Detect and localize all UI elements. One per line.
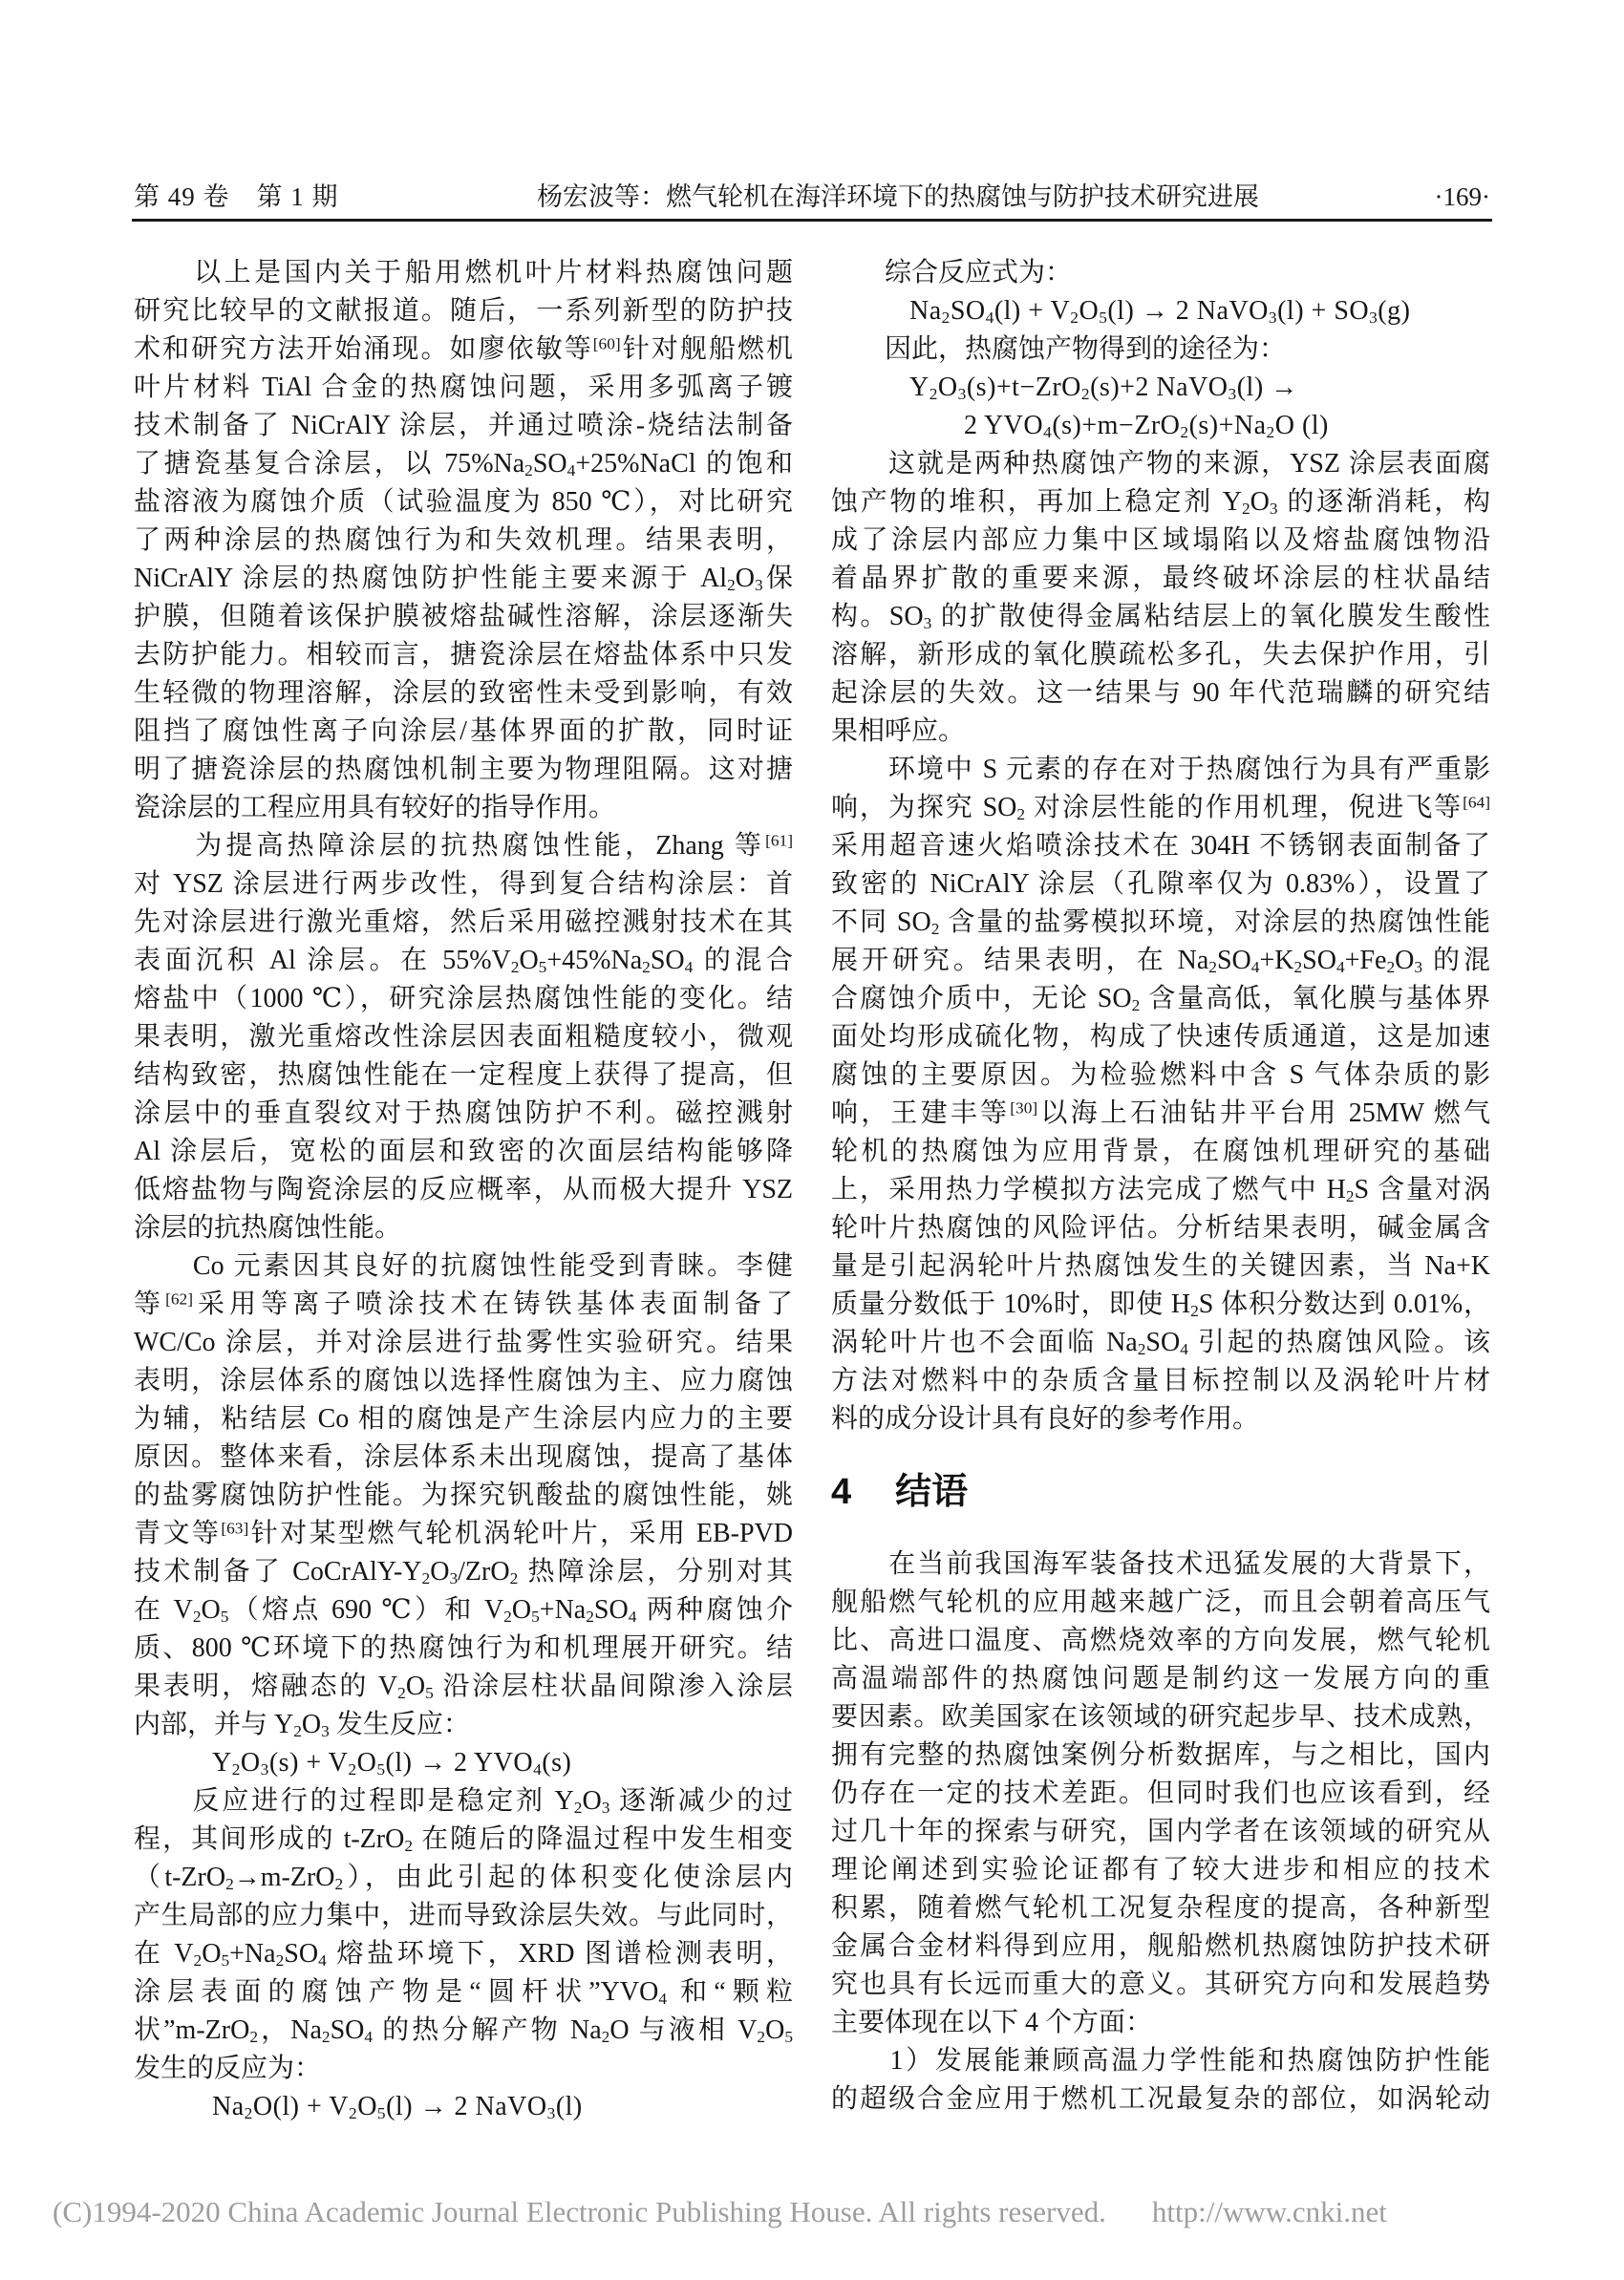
left-column: 以上是国内关于船用燃机叶片材料热腐蚀问题研究比较早的文献报道。随后，一系列新型的…: [134, 254, 793, 2126]
text-line: NiCrAlY 涂层的热腐蚀防护性能主要来源于 Al2O3保: [134, 560, 793, 598]
section-number: 4: [831, 1473, 851, 1511]
text-line: 成了涂层内部应力集中区域塌陷以及熔盐腐蚀物沿: [831, 522, 1490, 560]
text-line: 因此，热腐蚀产物得到的途径为：: [831, 330, 1490, 369]
text-line: 为辅，粘结层 Co 相的腐蚀是产生涂层内应力的主要: [134, 1400, 793, 1438]
text-line: 涂层的抗热腐蚀性能。: [134, 1209, 793, 1247]
text-line: 舰船燃气轮机的应用越来越广泛，而且会朝着高压气: [831, 1584, 1490, 1622]
copyright-text: (C)1994-2020 China Academic Journal Elec…: [53, 2195, 1106, 2229]
text-line: 构。SO3 的扩散使得金属粘结层上的氧化膜发生酸性: [831, 598, 1490, 636]
equation-line: Y2O3(s)+t−ZrO2(s)+2 NaVO3(l) →: [831, 369, 1490, 407]
text-line: 涡轮叶片也不会面临 Na2SO4 引起的热腐蚀风险。该: [831, 1324, 1490, 1362]
text-line: 研究比较早的文献报道。随后，一系列新型的防护技: [134, 292, 793, 330]
text-line: 合腐蚀介质中，无论 SO2 含量高低，氧化膜与基体界: [831, 980, 1490, 1018]
text-line: 比、高进口温度、高燃烧效率的方向发展，燃气轮机: [831, 1622, 1490, 1660]
text-line: 为提高热障涂层的抗热腐蚀性能，Zhang 等[61]: [134, 827, 793, 865]
text-line: 不同 SO2 含量的盐雾模拟环境，对涂层的热腐蚀性能: [831, 904, 1490, 942]
text-line: 在 V2O5+Na2SO4 熔盐环境下，XRD 图谱检测表明，: [134, 1935, 793, 1973]
text-line: 响，王建丰等[30]以海上石油钻井平台用 25MW 燃气: [831, 1095, 1490, 1133]
text-line: 涂层中的垂直裂纹对于热腐蚀防护不利。磁控溅射: [134, 1095, 793, 1133]
text-line: 高温端部件的热腐蚀问题是制约这一发展方向的重: [831, 1660, 1490, 1698]
text-line: 对 YSZ 涂层进行两步改性，得到复合结构涂层：首: [134, 865, 793, 904]
equation: Y2O3(s)+t−ZrO2(s)+2 NaVO3(l) → 2 YVO4(s)…: [831, 369, 1490, 445]
text-line: 量是引起涡轮叶片热腐蚀发生的关键因素，当 Na+K: [831, 1247, 1490, 1286]
text-line: 质、800 ℃环境下的热腐蚀行为和机理展开研究。结: [134, 1630, 793, 1668]
equation-line: Na2SO4(l) + V2O5(l) → 2 NaVO3(l) + SO3(g…: [831, 292, 1490, 330]
text-line: 技术制备了 NiCrAlY 涂层，并通过喷涂-烧结法制备: [134, 407, 793, 445]
section-title: 结语: [895, 1473, 968, 1511]
text-line: 方法对燃料中的杂质含量目标控制以及涡轮叶片材: [831, 1362, 1490, 1400]
equation: Na2O(l) + V2O5(l) → 2 NaVO3(l): [134, 2088, 793, 2126]
paragraph: 综合反应式为：: [831, 254, 1490, 292]
text-line: 涂层表面的腐蚀产物是“圆杆状”YVO4 和“颗粒: [134, 1973, 793, 2012]
running-title: 杨宏波等：燃气轮机在海洋环境下的热腐蚀与防护技术研究进展: [430, 176, 1366, 213]
text-line: 着晶界扩散的重要来源，最终破坏涂层的柱状晶结: [831, 560, 1490, 598]
text-line: 要因素。欧美国家在该领域的研究起步早、技术成熟，: [831, 1698, 1490, 1737]
footer-url: http://www.cnki.net: [1152, 2195, 1387, 2229]
text-line: 采用超音速火焰喷涂技术在 304H 不锈钢表面制备了: [831, 827, 1490, 865]
text-line: 环境中 S 元素的存在对于热腐蚀行为具有严重影: [831, 751, 1490, 789]
text-line: 这就是两种热腐蚀产物的来源，YSZ 涂层表面腐: [831, 445, 1490, 483]
text-line: 在 V2O5（熔点 690 ℃）和 V2O5+Na2SO4 两种腐蚀介: [134, 1591, 793, 1630]
text-line: 瓷涂层的工程应用具有较好的指导作用。: [134, 789, 793, 827]
text-line: Al 涂层后，宽松的面层和致密的次面层结构能够降: [134, 1133, 793, 1171]
text-line: （t-ZrO2→m-ZrO2），由此引起的体积变化使涂层内: [134, 1859, 793, 1897]
text-line: 表面沉积 Al 涂层。在 55%V2O5+45%Na2SO4 的混合: [134, 942, 793, 980]
text-line: 料的成分设计具有良好的参考作用。: [831, 1400, 1490, 1438]
paragraph: 因此，热腐蚀产物得到的途径为：: [831, 330, 1490, 369]
text-line: 果表明，激光重熔改性涂层因表面粗糙度较小，微观: [134, 1018, 793, 1056]
text-line: 究也具有长远而重大的意义。其研究方向和发展趋势: [831, 1966, 1490, 2004]
text-line: 状”m-ZrO2，Na2SO4 的热分解产物 Na2O 与液相 V2O5: [134, 2012, 793, 2050]
volume-issue: 第 49 卷 第 1 期: [134, 176, 430, 213]
equation-line: Y2O3(s) + V2O5(l) → 2 YVO4(s): [134, 1744, 793, 1782]
text-line: 过几十年的探索与研究，国内学者在该领域的研究从: [831, 1813, 1490, 1851]
text-line: 结构致密，热腐蚀性能在一定程度上获得了提高，但: [134, 1056, 793, 1095]
text-line: 轮叶片热腐蚀的风险评估。分析结果表明，碱金属含: [831, 1209, 1490, 1247]
right-column: 综合反应式为：Na2SO4(l) + V2O5(l) → 2 NaVO3(l) …: [831, 254, 1490, 2119]
text-line: 去防护能力。相较而言，搪瓷涂层在熔盐体系中只发: [134, 636, 793, 674]
paragraph: 这就是两种热腐蚀产物的来源，YSZ 涂层表面腐蚀产物的堆积，再加上稳定剂 Y2O…: [831, 445, 1490, 751]
text-line: 盐溶液为腐蚀介质（试验温度为 850 ℃），对比研究: [134, 483, 793, 522]
text-line: WC/Co 涂层，并对涂层进行盐雾性实验研究。结果: [134, 1324, 793, 1362]
text-line: 金属合金材料得到应用，舰船燃机热腐蚀防护技术研: [831, 1928, 1490, 1966]
text-line: 青文等[63]针对某型燃气轮机涡轮叶片，采用 EB-PVD: [134, 1515, 793, 1553]
text-line: 内部，并与 Y2O3 发生反应：: [134, 1706, 793, 1744]
text-line: 展开研究。结果表明，在 Na2SO4+K2SO4+Fe2O3 的混: [831, 942, 1490, 980]
text-line: 仍存在一定的技术差距。但同时我们也应该看到，经: [831, 1775, 1490, 1813]
text-line: 蚀产物的堆积，再加上稳定剂 Y2O3 的逐渐消耗，构: [831, 483, 1490, 522]
text-line: 反应进行的过程即是稳定剂 Y2O3 逐渐减少的过: [134, 1782, 793, 1821]
equation: Y2O3(s) + V2O5(l) → 2 YVO4(s): [134, 1744, 793, 1782]
paragraph: 在当前我国海军装备技术迅猛发展的大背景下，舰船燃气轮机的应用越来越广泛，而且会朝…: [831, 1545, 1490, 2042]
text-line: 综合反应式为：: [831, 254, 1490, 292]
page-footer: (C)1994-2020 China Academic Journal Elec…: [53, 2195, 1591, 2229]
text-line: 熔盐中（1000 ℃），研究涂层热腐蚀性能的变化。结: [134, 980, 793, 1018]
section-heading: 4结语: [831, 1463, 1490, 1521]
paragraph: 反应进行的过程即是稳定剂 Y2O3 逐渐减少的过程，其间形成的 t-ZrO2 在…: [134, 1782, 793, 2088]
text-line: 低熔盐物与陶瓷涂层的反应概率，从而极大提升 YSZ: [134, 1171, 793, 1209]
paragraph: Co 元素因其良好的抗腐蚀性能受到青睐。李健等[62]采用等离子喷涂技术在铸铁基…: [134, 1247, 793, 1744]
text-line: 1）发展能兼顾高温力学性能和热腐蚀防护性能: [831, 2042, 1490, 2080]
text-line: 发生的反应为：: [134, 2050, 793, 2088]
text-line: 了搪瓷基复合涂层，以 75%Na2SO4+25%NaCl 的饱和: [134, 445, 793, 483]
paragraph: 1）发展能兼顾高温力学性能和热腐蚀防护性能的超级合金应用于燃机工况最复杂的部位，…: [831, 2042, 1490, 2119]
paper-page: 第 49 卷 第 1 期 杨宏波等：燃气轮机在海洋环境下的热腐蚀与防护技术研究进…: [0, 0, 1624, 2280]
text-line: 产生局部的应力集中，进而导致涂层失效。与此同时，: [134, 1897, 793, 1935]
text-line: 原因。整体来看，涂层体系未出现腐蚀，提高了基体: [134, 1438, 793, 1477]
equation-line: 2 YVO4(s)+m−ZrO2(s)+Na2O (l): [831, 407, 1490, 445]
text-line: 了两种涂层的热腐蚀行为和失效机理。结果表明，: [134, 522, 793, 560]
paragraph: 环境中 S 元素的存在对于热腐蚀行为具有严重影响，为探究 SO2 对涂层性能的作…: [831, 751, 1490, 1438]
text-line: 技术制备了 CoCrAlY-Y2O3/ZrO2 热障涂层，分别对其: [134, 1553, 793, 1591]
text-line: 阻挡了腐蚀性离子向涂层/基体界面的扩散，同时证: [134, 713, 793, 751]
text-line: 果表明，熔融态的 V2O5 沿涂层柱状晶间隙渗入涂层: [134, 1668, 793, 1706]
text-line: 护膜，但随着该保护膜被熔盐碱性溶解，涂层逐渐失: [134, 598, 793, 636]
text-line: 生轻微的物理溶解，涂层的致密性未受到影响，有效: [134, 674, 793, 713]
text-line: 上，采用热力学模拟方法完成了燃气中 H2S 含量对涡: [831, 1171, 1490, 1209]
text-line: 的超级合金应用于燃机工况最复杂的部位，如涡轮动: [831, 2080, 1490, 2119]
text-line: 果相呼应。: [831, 713, 1490, 751]
text-line: 术和研究方法开始涌现。如廖依敏等[60]针对舰船燃机: [134, 330, 793, 369]
text-line: 理论阐述到实验论证都有了较大进步和相应的技术: [831, 1851, 1490, 1889]
page-header: 第 49 卷 第 1 期 杨宏波等：燃气轮机在海洋环境下的热腐蚀与防护技术研究进…: [134, 176, 1490, 212]
text-line: 的盐雾腐蚀防护性能。为探究钒酸盐的腐蚀性能，姚: [134, 1477, 793, 1515]
text-line: 表明，涂层体系的腐蚀以选择性腐蚀为主、应力腐蚀: [134, 1362, 793, 1400]
text-line: 程，其间形成的 t-ZrO2 在随后的降温过程中发生相变: [134, 1821, 793, 1859]
header-rule: [132, 219, 1492, 222]
text-line: Co 元素因其良好的抗腐蚀性能受到青睐。李健: [134, 1247, 793, 1286]
text-line: 以上是国内关于船用燃机叶片材料热腐蚀问题: [134, 254, 793, 292]
text-line: 起涂层的失效。这一结果与 90 年代范瑞麟的研究结: [831, 674, 1490, 713]
text-line: 致密的 NiCrAlY 涂层（孔隙率仅为 0.83%），设置了: [831, 865, 1490, 904]
equation: Na2SO4(l) + V2O5(l) → 2 NaVO3(l) + SO3(g…: [831, 292, 1490, 330]
text-line: 主要体现在以下 4 个方面：: [831, 2004, 1490, 2042]
text-line: 面处均形成硫化物，构成了快速传质通道，这是加速: [831, 1018, 1490, 1056]
text-line: 质量分数低于 10%时，即使 H2S 体积分数达到 0.01%，: [831, 1286, 1490, 1324]
text-line: 积累，随着燃气轮机工况复杂程度的提高，各种新型: [831, 1889, 1490, 1928]
text-line: 轮机的热腐蚀为应用背景，在腐蚀机理研究的基础: [831, 1133, 1490, 1171]
text-line: 叶片材料 TiAl 合金的热腐蚀问题，采用多弧离子镀: [134, 369, 793, 407]
paragraph: 为提高热障涂层的抗热腐蚀性能，Zhang 等[61]对 YSZ 涂层进行两步改性…: [134, 827, 793, 1247]
paragraph: 以上是国内关于船用燃机叶片材料热腐蚀问题研究比较早的文献报道。随后，一系列新型的…: [134, 254, 793, 827]
text-line: 在当前我国海军装备技术迅猛发展的大背景下，: [831, 1545, 1490, 1584]
text-line: 等[62]采用等离子喷涂技术在铸铁基体表面制备了: [134, 1286, 793, 1324]
text-line: 明了搪瓷涂层的热腐蚀机制主要为物理阻隔。这对搪: [134, 751, 793, 789]
page-number: ·169·: [1366, 182, 1490, 212]
equation-line: Na2O(l) + V2O5(l) → 2 NaVO3(l): [134, 2088, 793, 2126]
text-line: 拥有完整的热腐蚀案例分析数据库，与之相比，国内: [831, 1737, 1490, 1775]
text-line: 腐蚀的主要原因。为检验燃料中含 S 气体杂质的影: [831, 1056, 1490, 1095]
text-line: 溶解，新形成的氧化膜疏松多孔，失去保护作用，引: [831, 636, 1490, 674]
text-line: 响，为探究 SO2 对涂层性能的作用机理，倪进飞等[64]: [831, 789, 1490, 827]
text-line: 先对涂层进行激光重熔，然后采用磁控溅射技术在其: [134, 904, 793, 942]
